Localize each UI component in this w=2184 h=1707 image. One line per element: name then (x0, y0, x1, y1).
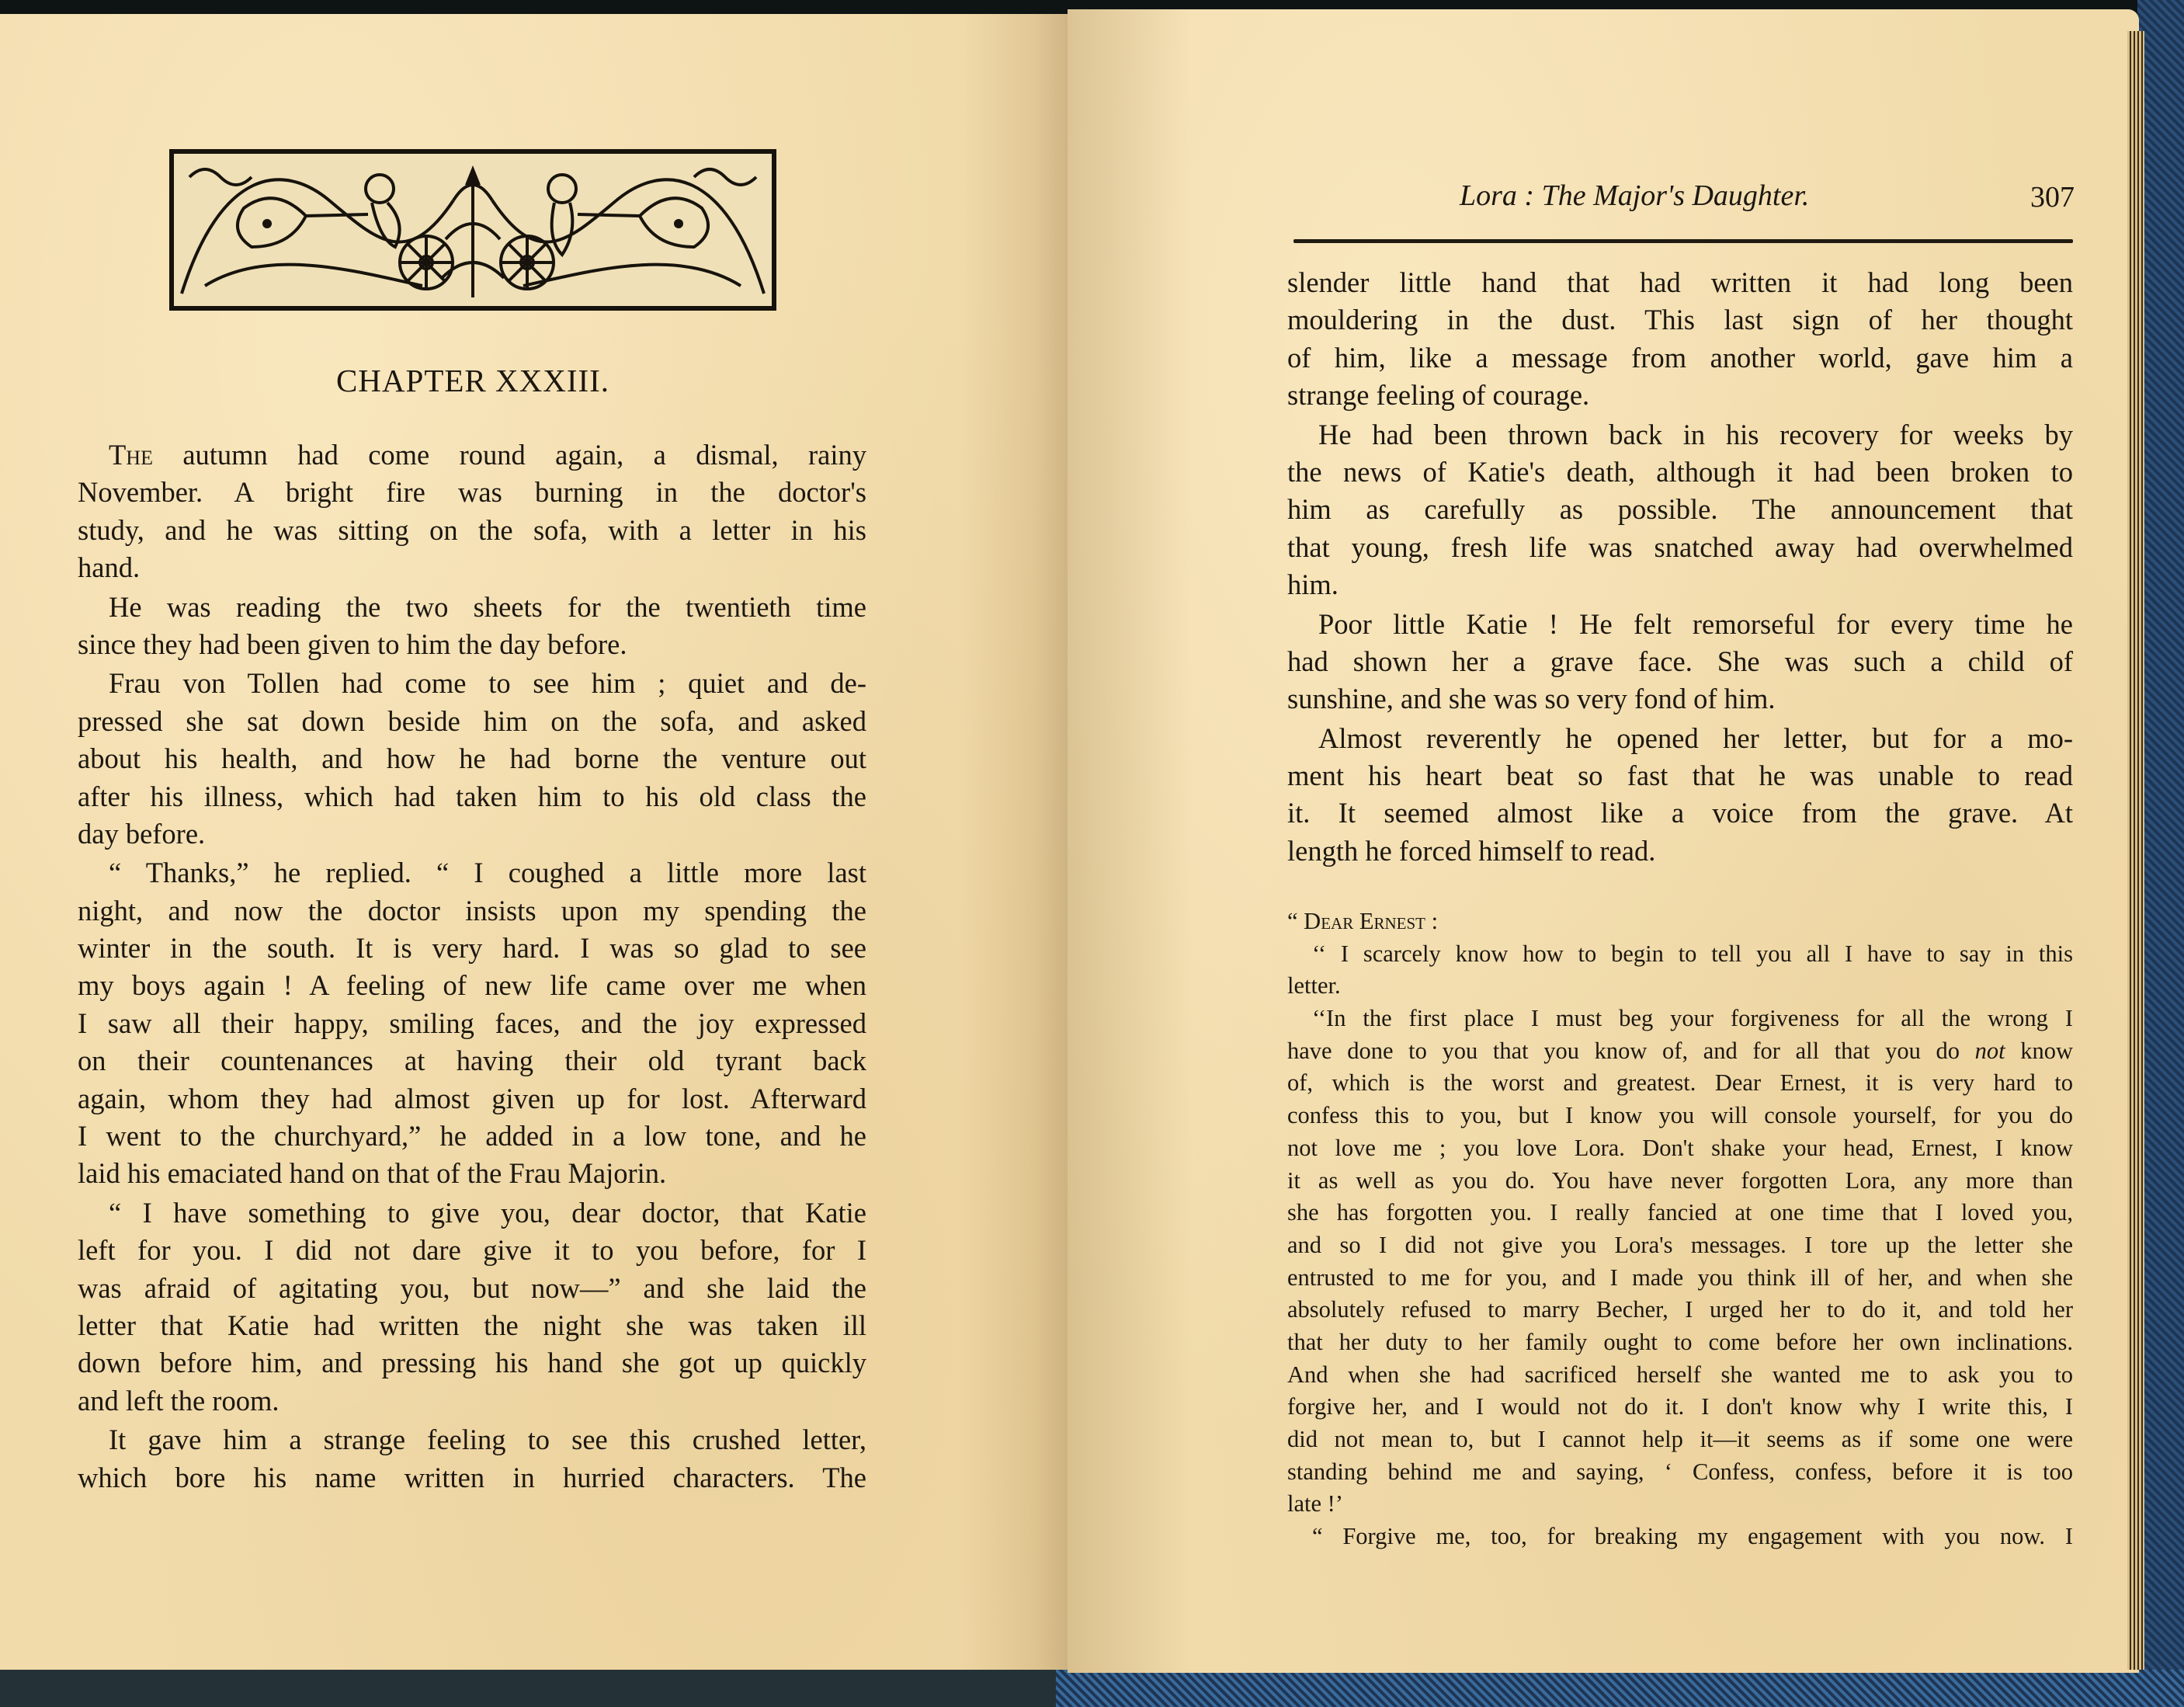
text-line: He had been thrown back in his recovery … (1287, 416, 2073, 454)
text-line: The autumn had come round again, a disma… (78, 436, 866, 474)
text-line: after his illness, which had taken him t… (78, 778, 866, 815)
letter-line: letter. (1287, 970, 2073, 1003)
text-run: have done to you that you know of, and f… (1287, 1038, 1975, 1064)
text-line: length he forced himself to read. (1287, 833, 2073, 870)
text-line: slender little hand that had written it … (1287, 264, 2073, 301)
text-line: I went to the churchyard,” he added in a… (78, 1118, 866, 1155)
header-rule (1293, 239, 2073, 243)
text-line: the news of Katie's death, although it h… (1287, 454, 2073, 491)
page-edges (2127, 31, 2144, 1670)
text-line: laid his emaciated hand on that of the F… (78, 1155, 866, 1192)
letter-line: that her duty to her family ought to com… (1287, 1326, 2073, 1359)
text-line: it. It seemed almost like a voice from t… (1287, 794, 2073, 832)
text-line: about his health, and how he had borne t… (78, 740, 866, 777)
text-line: Frau von Tollen had come to see him ; qu… (78, 665, 866, 702)
text-line: November. A bright fire was burning in t… (78, 474, 866, 511)
text-line: strange feeling of courage. (1287, 377, 2073, 414)
text-line: since they had been given to him the day… (78, 626, 866, 663)
text-line: Almost reverently he opened her letter, … (1287, 720, 2073, 757)
letter-line: forgive her, and I would not do it. I do… (1287, 1391, 2073, 1424)
chapter-title: CHAPTER XXXIII. (169, 362, 776, 399)
text-line: sunshine, and she was so very fond of hi… (1287, 680, 2073, 718)
quote-mark: “ (1287, 908, 1304, 934)
book-cover-cloth-right (2137, 0, 2184, 1707)
letter-salutation: “ Dear Ernest : (1287, 906, 2073, 938)
salutation-text: Dear Ernest : (1304, 908, 1438, 934)
right-page-body: slender little hand that had written it … (1287, 264, 2073, 870)
text-line: again, whom they had almost given up for… (78, 1080, 866, 1118)
letter-line: “ Forgive me, too, for breaking my engag… (1287, 1521, 2073, 1553)
letter-line: absolutely refused to marry Becher, I ur… (1287, 1294, 2073, 1326)
small-caps-opening: The (109, 439, 153, 471)
text-line: and left the room. (78, 1382, 866, 1420)
text-line: which bore his name written in hurried c… (78, 1459, 866, 1497)
letter-line: and so I did not give you Lora's message… (1287, 1229, 2073, 1262)
text-line: of him, like a message from another worl… (1287, 339, 2073, 377)
letter-line: she has forgotten you. I really fancied … (1287, 1197, 2073, 1229)
text-line: ment his heart beat so fast that he was … (1287, 757, 2073, 794)
left-page-body: The autumn had come round again, a disma… (78, 436, 866, 1497)
letter-line: entrusted to me for you, and I made you … (1287, 1262, 2073, 1295)
text-line: day before. (78, 815, 866, 853)
text-line: him as carefully as possible. The announ… (1287, 491, 2073, 528)
text-line: Poor little Katie ! He felt remorseful f… (1287, 606, 2073, 643)
text-line: my boys again ! A feeling of new life ca… (78, 967, 866, 1004)
text-line: “ Thanks,” he replied. “ I coughed a lit… (78, 854, 866, 892)
text-run: autumn had come round again, a dismal, r… (153, 439, 866, 471)
text-line: down before him, and pressing his hand s… (78, 1344, 866, 1382)
text-line: had shown her a grave face. She was such… (1287, 643, 2073, 680)
running-head: Lora : The Major's Daughter. (1460, 179, 1809, 213)
text-line: night, and now the doctor insists upon m… (78, 892, 866, 930)
katie-letter: “ Dear Ernest : ‘‘ I scarcely know how t… (1287, 906, 2073, 1553)
letter-line: of, which is the worst and greatest. Dea… (1287, 1067, 2073, 1100)
text-line: “ I have something to give you, dear doc… (78, 1194, 866, 1232)
letter-line: And when she had sacrificed herself she … (1287, 1359, 2073, 1392)
letter-line: did not mean to, but I cannot help it—it… (1287, 1424, 2073, 1456)
page-number: 307 (2030, 180, 2075, 214)
text-line: He was reading the two sheets for the tw… (78, 589, 866, 626)
ornament-drawing (174, 154, 772, 306)
text-line: pressed she sat down beside him on the s… (78, 703, 866, 740)
text-line: him. (1287, 566, 2073, 603)
text-line: was afraid of agitating you, but now—” a… (78, 1270, 866, 1307)
letter-line: ‘‘In the first place I must beg your for… (1287, 1003, 2073, 1035)
letter-line: late !’ (1287, 1488, 2073, 1521)
text-line: mouldering in the dust. This last sign o… (1287, 301, 2073, 339)
letter-line: not love me ; you love Lora. Don't shake… (1287, 1132, 2073, 1165)
text-line: that young, fresh life was snatched away… (1287, 529, 2073, 566)
text-line: hand. (78, 549, 866, 586)
woodcut-headpiece-icon (169, 149, 776, 311)
text-line: on their countenances at having their ol… (78, 1042, 866, 1079)
text-run: know (2005, 1038, 2073, 1064)
letter-line: it as well as you do. You have never for… (1287, 1165, 2073, 1198)
text-line: study, and he was sitting on the sofa, w… (78, 512, 866, 549)
letter-line: confess this to you, but I know you will… (1287, 1100, 2073, 1132)
letter-line: have done to you that you know of, and f… (1287, 1035, 2073, 1068)
text-line: It gave him a strange feeling to see thi… (78, 1421, 866, 1458)
letter-line: ‘‘ I scarcely know how to begin to tell … (1287, 938, 2073, 971)
emphasis-text: not (1975, 1038, 2005, 1064)
text-line: I saw all their happy, smiling faces, an… (78, 1005, 866, 1042)
text-line: winter in the south. It is very hard. I … (78, 930, 866, 967)
letter-line: standing behind me and saying, ‘ Confess… (1287, 1456, 2073, 1489)
book-cover-cloth-bottom (1056, 1670, 2184, 1707)
text-line: letter that Katie had written the night … (78, 1307, 866, 1344)
text-line: left for you. I did not dare give it to … (78, 1232, 866, 1269)
